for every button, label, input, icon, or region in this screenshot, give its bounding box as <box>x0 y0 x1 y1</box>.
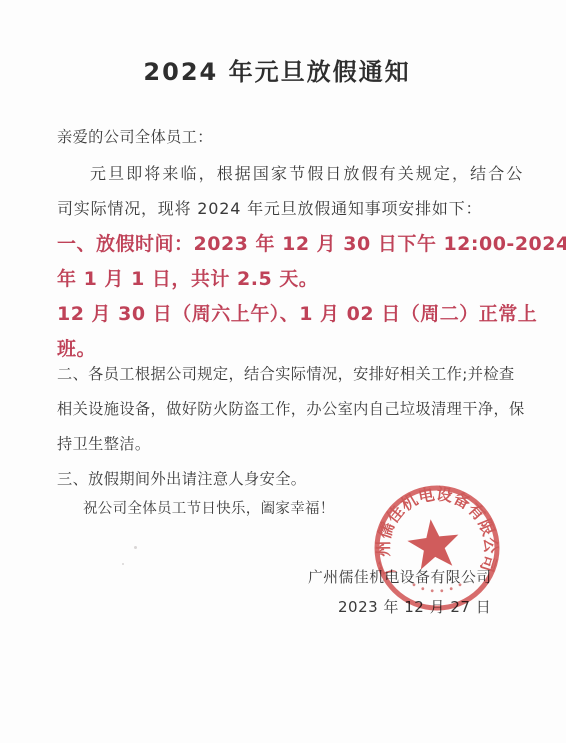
holiday-time-line: 年 1 月 1 日，共计 2.5 天。 <box>57 264 318 291</box>
holiday-time-line: 一、放假时间：2023 年 12 月 30 日下午 12:00-2024 <box>57 229 566 256</box>
company-seal-stamp: 广州儒佳机电设备有限公司 <box>372 483 503 613</box>
seal-arc-label: 广州儒佳机电设备有限公司 <box>374 484 500 578</box>
company-signature: 广州儒佳机电设备有限公司 <box>308 566 492 587</box>
document-date: 2023 年 12 月 27 日 <box>338 596 491 617</box>
body-line: 持卫生整洁。 <box>57 433 151 454</box>
blessing-line: 祝公司全体员工节日快乐，阖家幸福！ <box>83 497 335 518</box>
scanned-notice-page: 2024 年元旦放假通知 亲爱的公司全体员工： 元旦即将来临，根据国家节假日放假… <box>0 0 566 743</box>
body-line: 司实际情况，现将 2024 年元旦放假通知事项安排如下： <box>57 196 482 219</box>
body-line: 二、各员工根据公司规定，结合实际情况，安排好相关工作;并检查 <box>57 363 515 384</box>
star-icon <box>405 516 462 571</box>
workday-line: 班。 <box>57 334 96 361</box>
scan-speck <box>134 546 137 549</box>
salutation-line: 亲爱的公司全体员工： <box>57 126 213 147</box>
body-line: 三、放假期间外出请注意人身安全。 <box>57 468 306 489</box>
body-line: 相关设施设备，做好防火防盗工作，办公室内自己垃圾清理干净，保 <box>57 398 525 419</box>
page-title: 2024 年元旦放假通知 <box>0 52 554 87</box>
scan-speck <box>122 563 124 565</box>
seal-graphic: 广州儒佳机电设备有限公司 <box>372 483 503 613</box>
seal-ring <box>377 488 497 608</box>
workday-line: 12 月 30 日（周六上午）、1 月 02 日（周二）正常上 <box>57 299 537 326</box>
body-line: 元旦即将来临，根据国家节假日放假有关规定，结合公 <box>90 161 524 184</box>
